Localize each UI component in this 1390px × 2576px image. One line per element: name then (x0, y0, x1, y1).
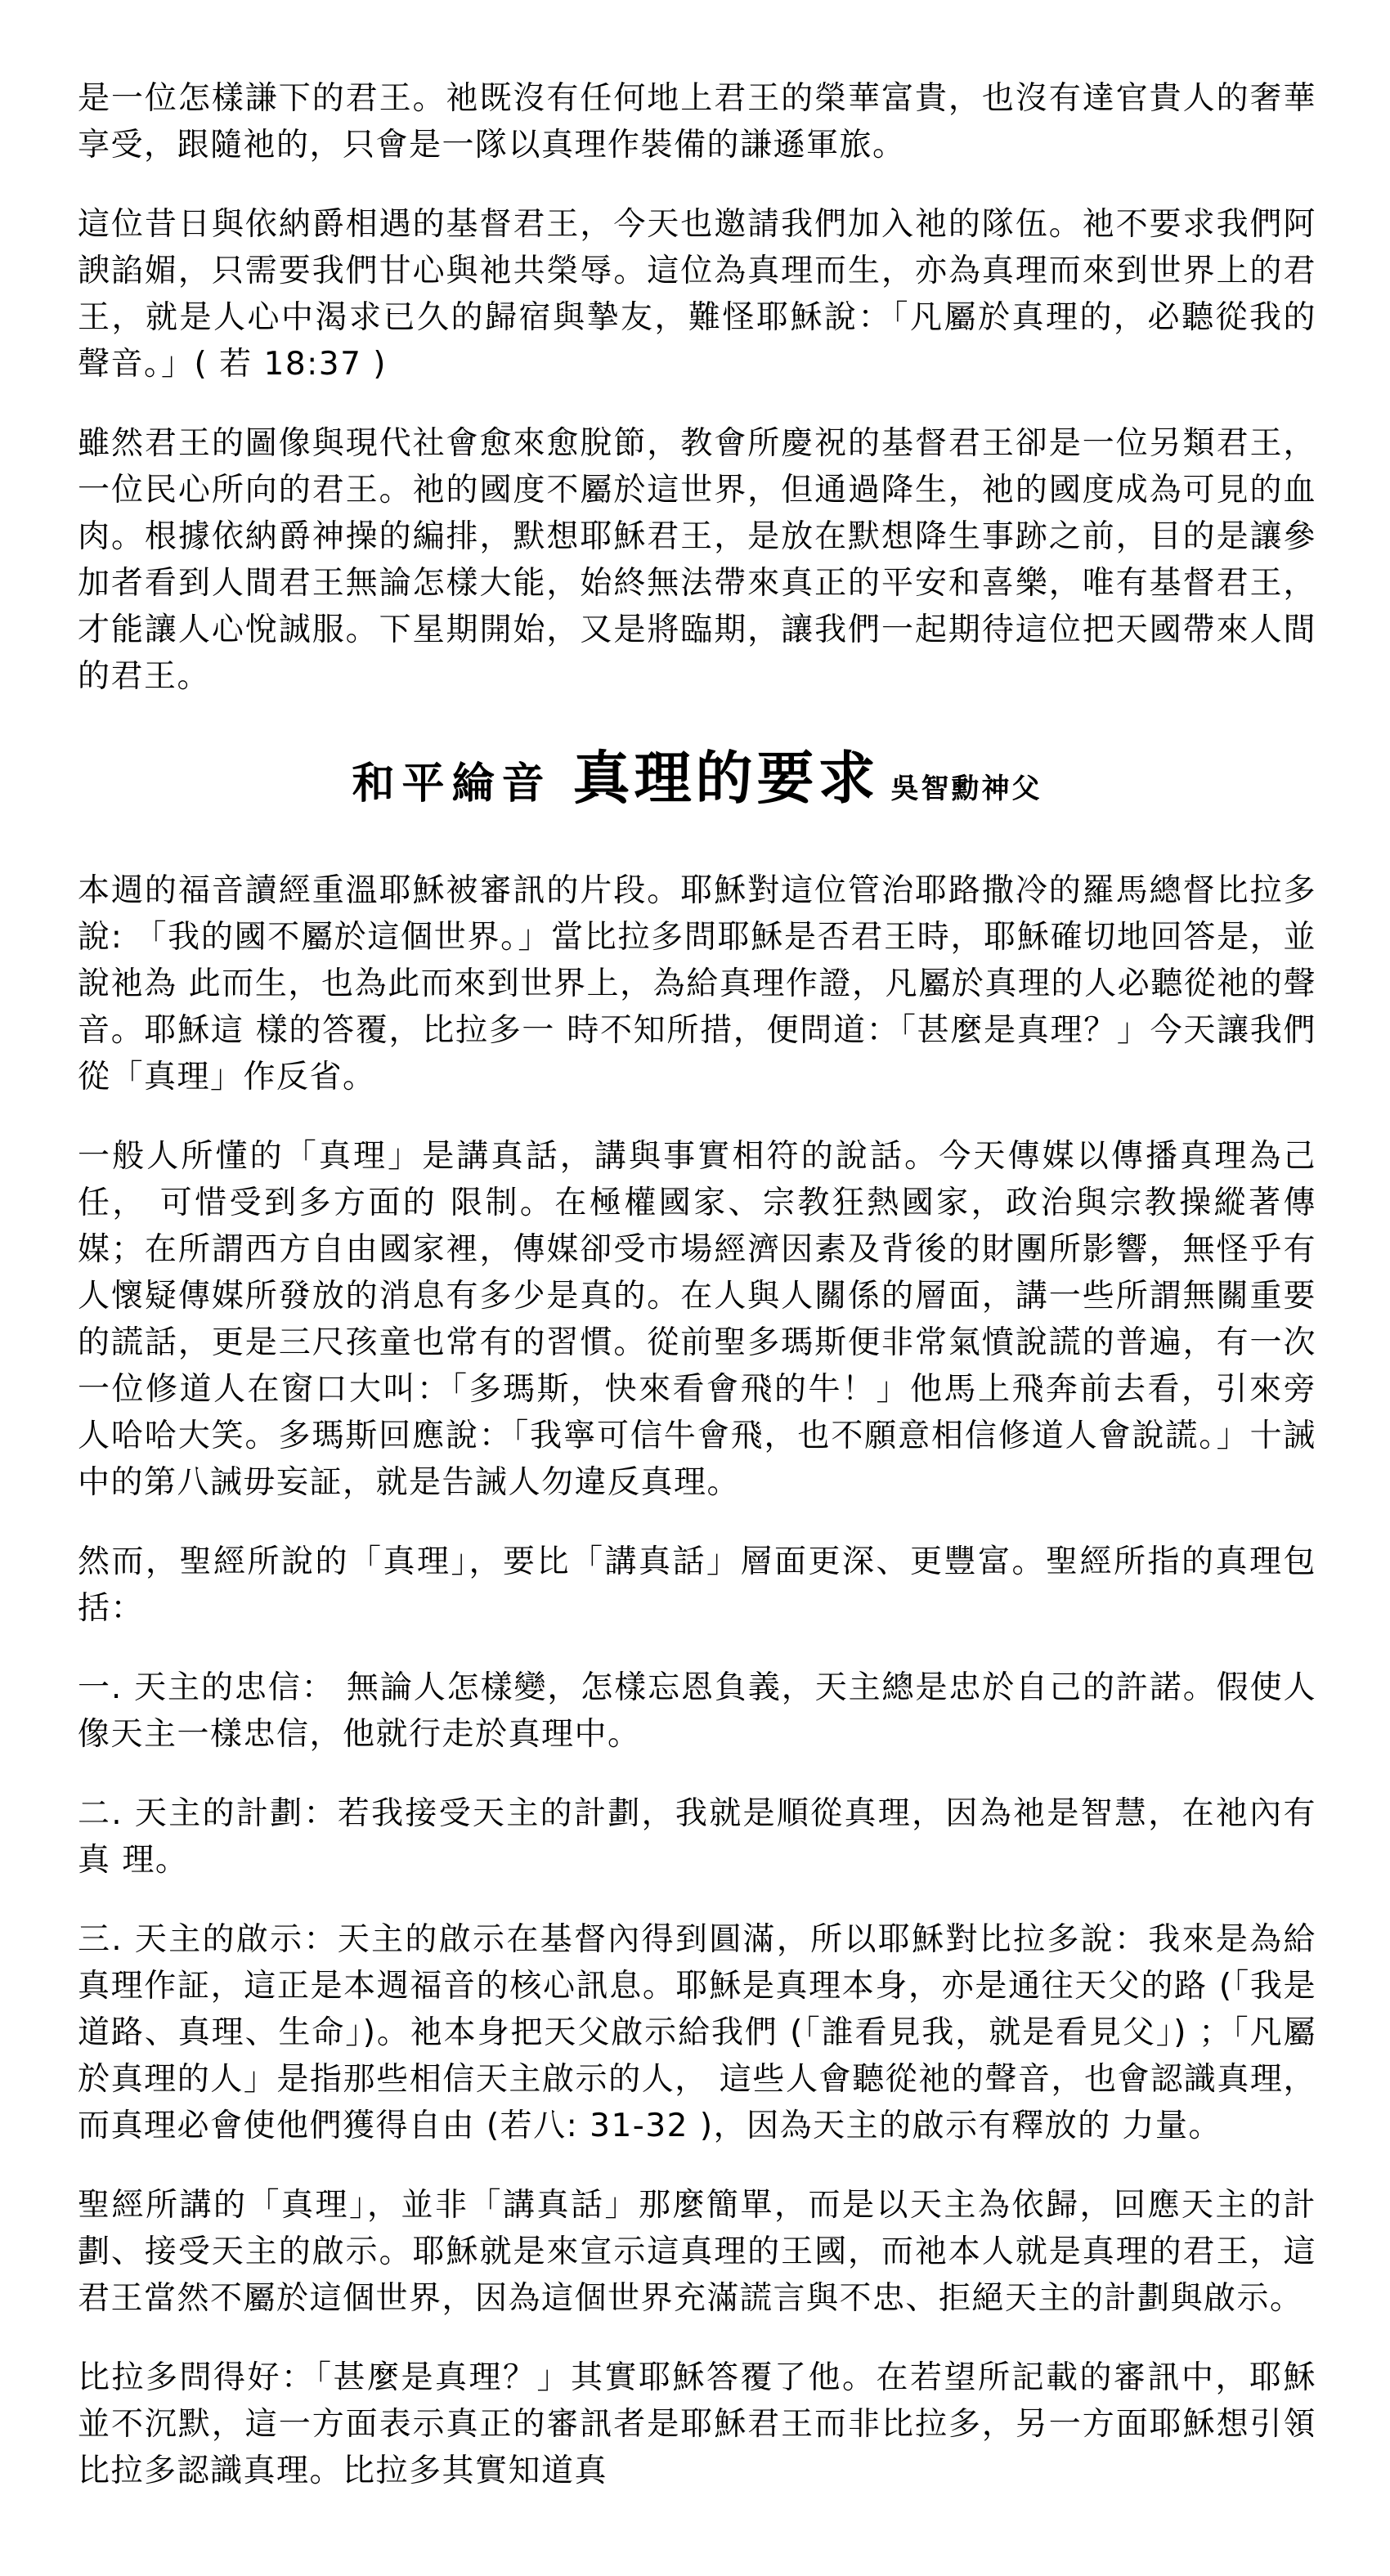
intro-paragraph-1: 是一位怎樣謙下的君王。祂既沒有任何地上君王的榮華富貴，也沒有達官貴人的奢華享受，… (78, 75, 1316, 168)
intro-paragraph-2: 這位昔日與依納爵相遇的基督君王，今天也邀請我們加入祂的隊伍。祂不要求我們阿諛諂媚… (78, 201, 1316, 388)
intro-paragraph-3: 雖然君王的圖像與現代社會愈來愈脫節，教會所慶祝的基督君王卻是一位另類君王，一位民… (78, 420, 1316, 700)
article-title: 真理的要求 (573, 745, 880, 812)
body-paragraph-8: 比拉多問得好：「甚麼是真理？」其實耶穌答覆了他。在若望所記載的審訊中，耶穌並不沉… (78, 2354, 1316, 2494)
body-paragraph-4-fidelity-of-god: 一. 天主的忠信： 無論人怎樣變，怎樣忘恩負義，天主總是忠於自己的許諾。假使人像… (78, 1664, 1316, 1758)
body-paragraph-1: 本週的福音讀經重溫耶穌被審訊的片段。耶穌對這位管治耶路撒冷的羅馬總督比拉多說: … (78, 867, 1316, 1100)
article-heading: 和平綸音真理的要求吳智勳神父 (78, 732, 1316, 815)
body-paragraph-6-revelation-of-god: 三. 天主的啟示：天主的啟示在基督內得到圓滿，所以耶穌對比拉多說：我來是為給真理… (78, 1916, 1316, 2149)
author-name: 吳智勳神父 (891, 773, 1042, 805)
column-series-title: 和平綸音 (352, 759, 551, 809)
body-paragraph-7: 聖經所講的「真理」，並非「講真話」那麼簡單，而是以天主為依歸，回應天主的計劃、接… (78, 2182, 1316, 2322)
document-page: 是一位怎樣謙下的君王。祂既沒有任何地上君王的榮華富貴，也沒有達官貴人的奢華享受，… (0, 0, 1390, 2576)
body-paragraph-5-plan-of-god: 二. 天主的計劃：若我接受天主的計劃，我就是順從真理，因為祂是智慧，在祂內有真 … (78, 1790, 1316, 1884)
body-paragraph-2: 一般人所懂的「真理」是講真話，講與事實相符的說話。今天傳媒以傳播真理為己任， 可… (78, 1133, 1316, 1506)
body-paragraph-3: 然而，聖經所說的「真理」，要比「講真話」層面更深、更豐富。聖經所指的真理包括： (78, 1539, 1316, 1632)
